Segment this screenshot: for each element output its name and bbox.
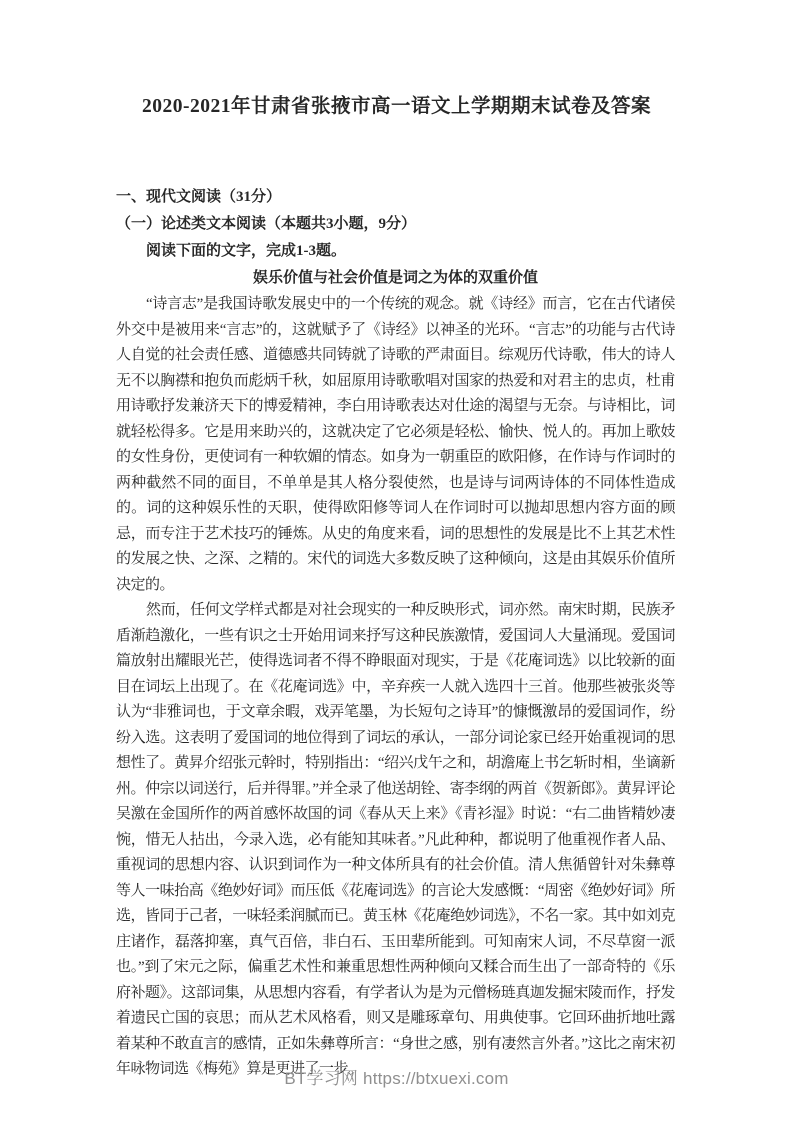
document-body: 一、现代文阅读（31分） （一）论述类文本阅读（本题共3小题，9分） 阅读下面的… <box>116 184 675 1083</box>
section-heading: 一、现代文阅读（31分） <box>116 184 675 211</box>
reading-instruction: 阅读下面的文字，完成1-3题。 <box>116 238 675 265</box>
passage-paragraph-1: “诗言志”是我国诗歌发展史中的一个传统的观念。就《诗经》而言，它在古代诸侯外交中… <box>116 292 675 598</box>
page-title: 2020-2021年甘肃省张掖市高一语文上学期期末试卷及答案 <box>0 0 793 118</box>
document-page: 2020-2021年甘肃省张掖市高一语文上学期期末试卷及答案 一、现代文阅读（3… <box>0 0 793 1122</box>
passage-paragraph-2: 然而，任何文学样式都是对社会现实的一种反映形式，词亦然。南宋时期，民族矛盾渐趋激… <box>116 598 675 1083</box>
passage-title: 娱乐价值与社会价值是词之为体的双重价值 <box>116 265 675 292</box>
subsection-heading: （一）论述类文本阅读（本题共3小题，9分） <box>116 211 675 238</box>
site-watermark: BT学习网 https://btxuexi.com <box>0 1064 793 1089</box>
